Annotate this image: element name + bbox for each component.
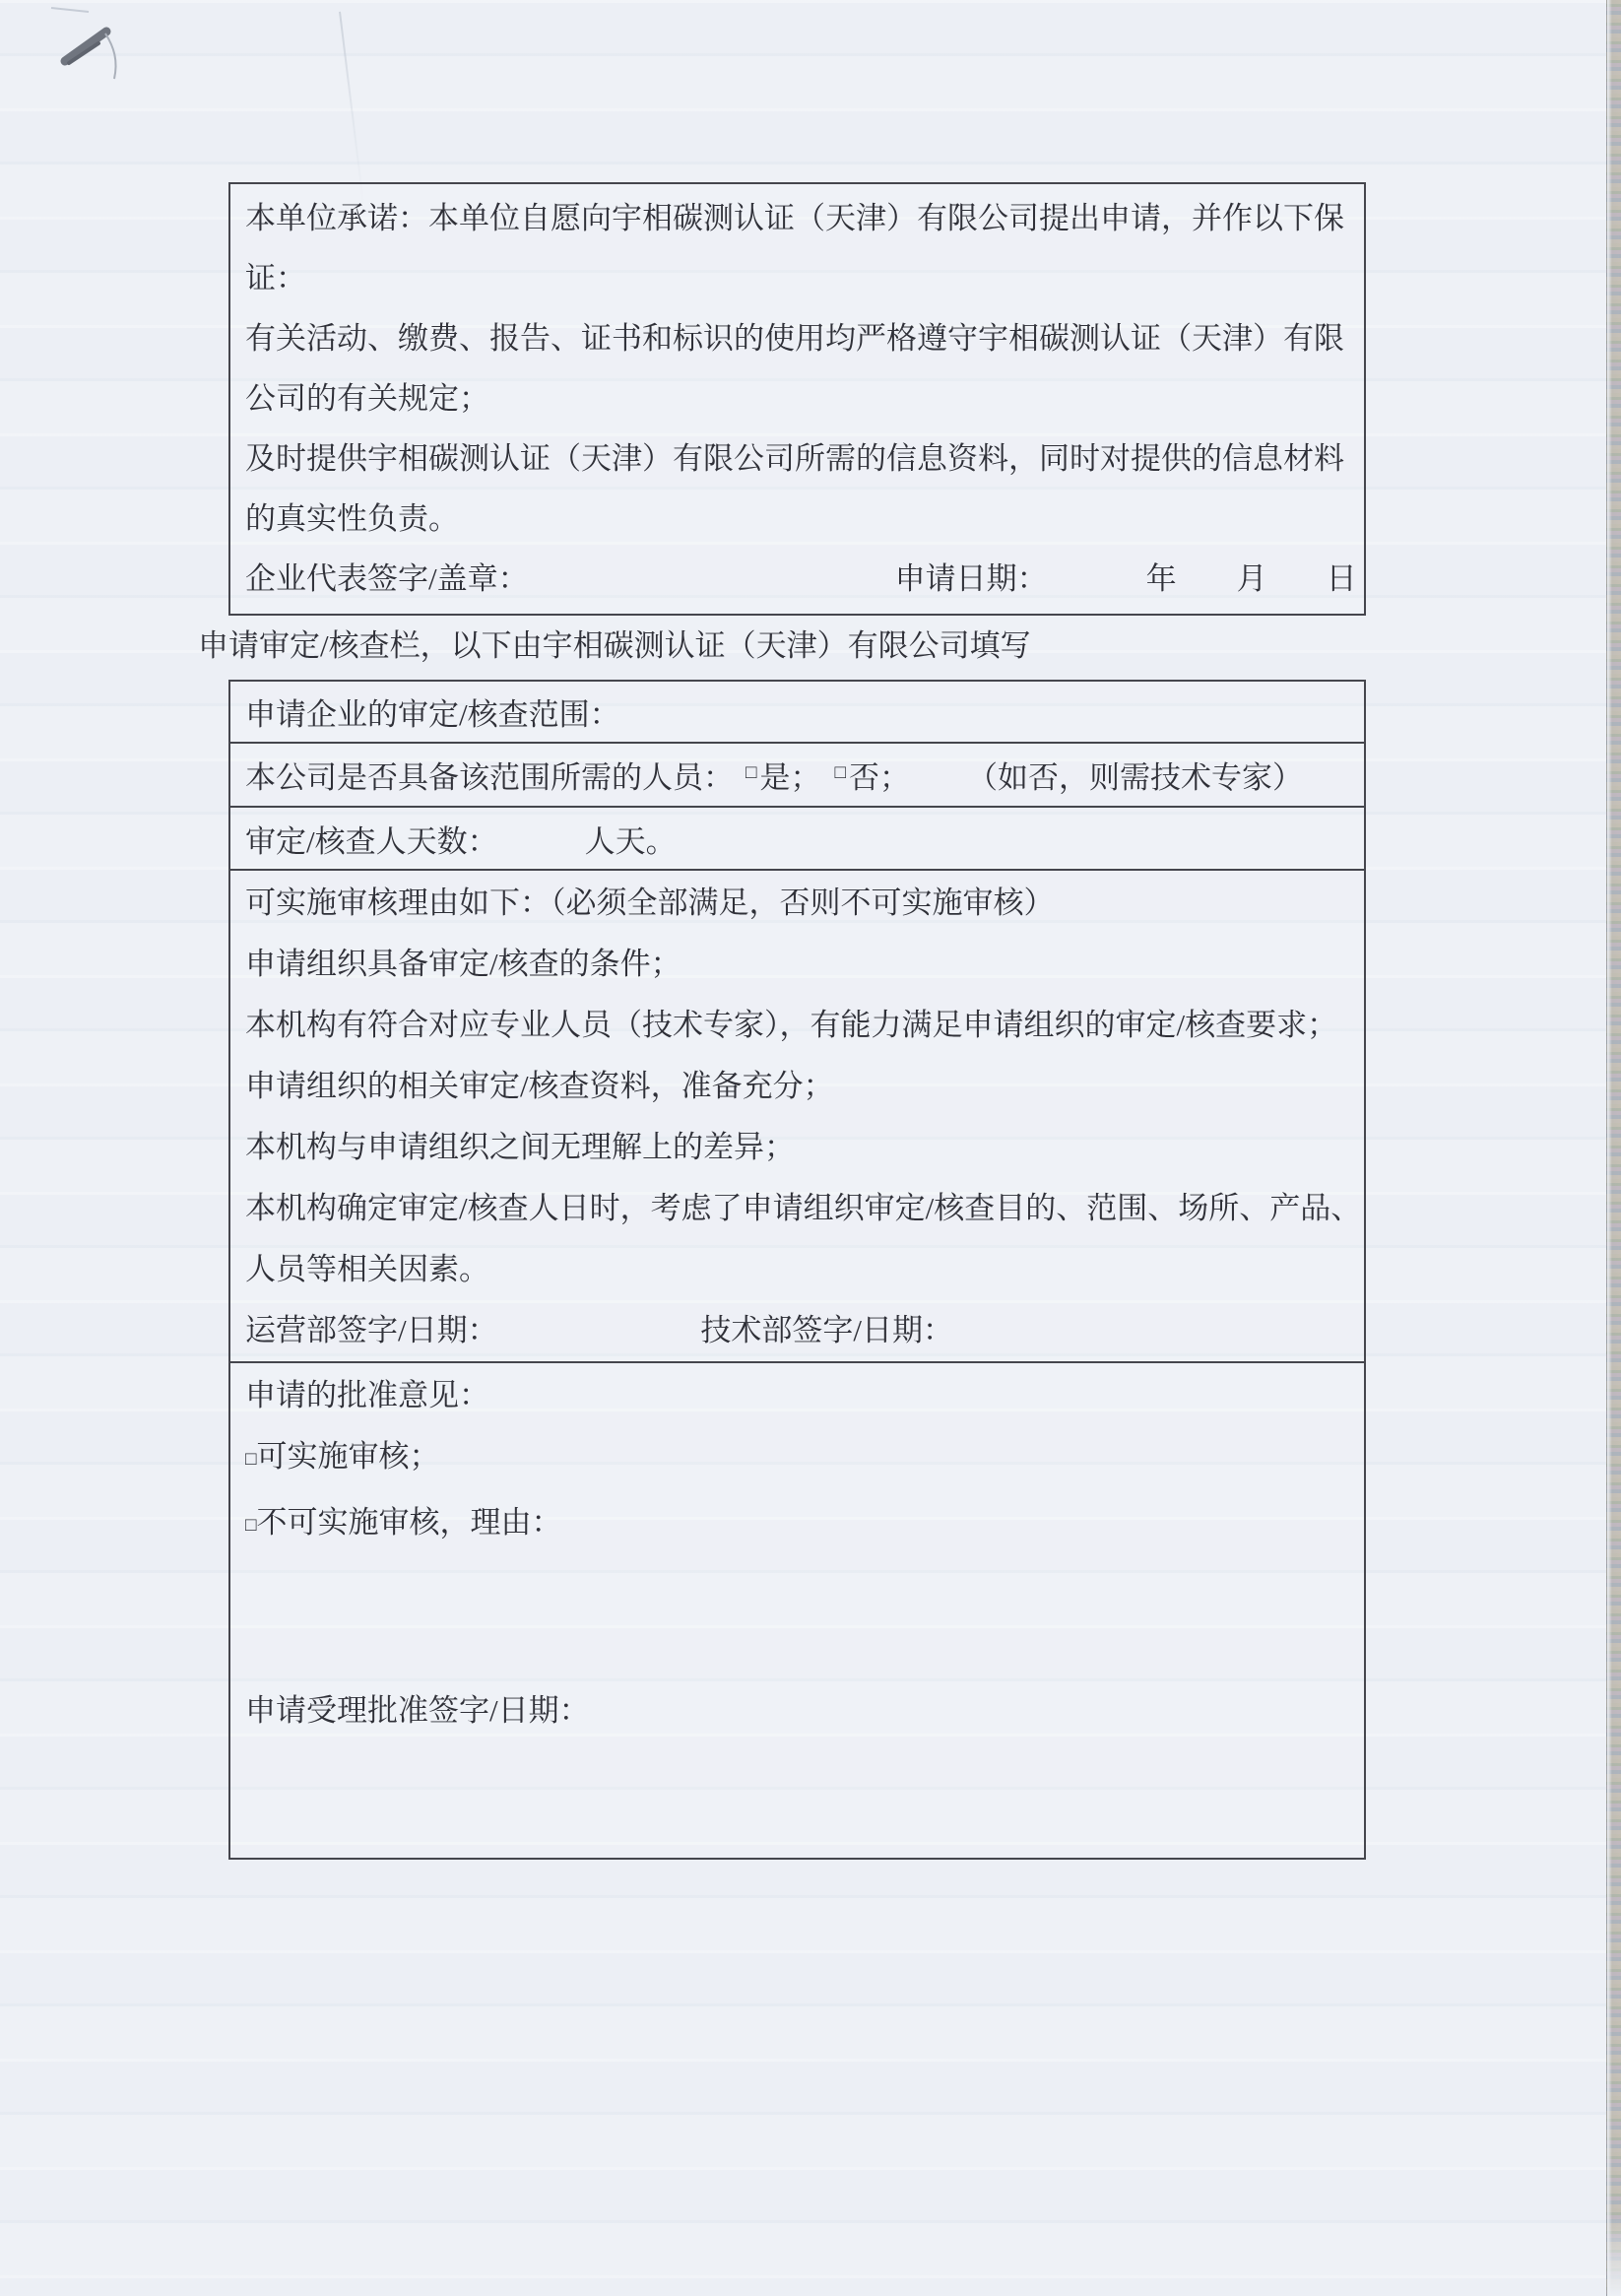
blank-space <box>245 1558 1364 1619</box>
application-date-label: 申请日期： <box>895 549 1048 609</box>
commitment-line: 本单位承诺：本单位自愿向宇相碳测认证（天津）有限公司提出申请，并作以下保 <box>245 188 1346 248</box>
checkbox-cannot-audit-icon: □ <box>245 1495 256 1556</box>
reason-line: 本机构与申请组织之间无理解上的差异； <box>245 1117 1364 1178</box>
reason-line: 本机构有符合对应专业人员（技术专家），有能力满足申请组织的审定/核查要求； <box>245 995 1364 1056</box>
personnel-option-no: 否； <box>849 753 910 797</box>
person-days-label: 审定/核查人天数： <box>245 817 498 861</box>
reason-line: 本机构确定审定/核查人日时，考虑了申请组织审定/核查目的、范围、场所、产品、 <box>245 1178 1364 1239</box>
reason-line: 可实施审核理由如下：（必须全部满足，否则不可实施审核） <box>245 873 1364 934</box>
approval-cannot-label: 不可实施审核，理由： <box>256 1505 561 1540</box>
person-days-row: 审定/核查人天数： 人天。 <box>230 808 1364 871</box>
reason-line: 申请组织的相关审定/核查资料，准备充分； <box>245 1056 1364 1117</box>
scan-edge-artifact <box>1606 0 1621 2296</box>
commitment-line: 证： <box>245 248 1346 308</box>
date-day-unit: 日 <box>1327 549 1357 609</box>
pen-scribble-icon <box>49 6 158 95</box>
review-section-caption: 申请审定/核查栏，以下由宇相碳测认证（天津）有限公司填写 <box>198 627 1031 665</box>
person-days-unit: 人天。 <box>585 817 677 861</box>
commitment-cell: 本单位承诺：本单位自愿向宇相碳测认证（天津）有限公司提出申请，并作以下保 证： … <box>230 184 1364 609</box>
approval-cell: 申请的批准意见： □可实施审核； □不可实施审核，理由： 申请受理批准签字/日期… <box>230 1363 1364 1856</box>
company-signature-label: 企业代表签字/盖章： <box>245 549 529 609</box>
blank-space <box>245 1619 1364 1680</box>
commitment-line: 及时提供宇相碳测认证（天津）有限公司所需的信息资料，同时对提供的信息材料 <box>245 428 1346 489</box>
scope-row: 申请企业的审定/核查范围： <box>230 682 1364 744</box>
personnel-note: （如否，则需技术专家） <box>967 753 1303 797</box>
approval-can-label: 可实施审核； <box>256 1439 439 1474</box>
approval-option-cannot: □不可实施审核，理由： <box>245 1492 1364 1558</box>
reason-line: 人员等相关因素。 <box>245 1239 1364 1300</box>
technical-signature-label: 技术部签字/日期： <box>700 1313 953 1347</box>
personnel-option-yes: 是； <box>759 753 820 797</box>
approval-option-can: □可实施审核； <box>245 1426 1364 1492</box>
scanned-form-page: 本单位承诺：本单位自愿向宇相碳测认证（天津）有限公司提出申请，并作以下保 证： … <box>0 0 1621 2296</box>
checkbox-no-icon: □ <box>834 762 845 784</box>
checkbox-can-audit-icon: □ <box>245 1429 256 1490</box>
company-signature-row: 企业代表签字/盖章： 申请日期： 年 月 日 <box>245 549 1346 609</box>
acceptance-signature-label: 申请受理批准签字/日期： <box>245 1680 1364 1741</box>
date-month-unit: 月 <box>1237 549 1267 609</box>
date-year-unit: 年 <box>1146 549 1177 609</box>
scope-label: 申请企业的审定/核查范围： <box>245 689 620 734</box>
commitment-line: 有关活动、缴费、报告、证书和标识的使用均严格遵守宇相碳测认证（天津）有限 <box>245 308 1346 368</box>
commitment-line: 的真实性负责。 <box>245 489 1346 549</box>
department-signature-row: 运营部签字/日期： 技术部签字/日期： <box>245 1300 1364 1361</box>
approval-title: 申请的批准意见： <box>245 1365 1364 1426</box>
operations-signature-label: 运营部签字/日期： <box>245 1313 498 1347</box>
personnel-question: 本公司是否具备该范围所需的人员： <box>245 753 734 797</box>
commitment-line: 公司的有关规定； <box>245 368 1346 428</box>
reason-line: 申请组织具备审定/核查的条件； <box>245 934 1364 995</box>
commitment-table: 本单位承诺：本单位自愿向宇相碳测认证（天津）有限公司提出申请，并作以下保 证： … <box>228 182 1366 616</box>
audit-reasons-cell: 可实施审核理由如下：（必须全部满足，否则不可实施审核） 申请组织具备审定/核查的… <box>230 871 1364 1363</box>
paper-crease <box>339 12 364 208</box>
personnel-row: 本公司是否具备该范围所需的人员： □ 是； □ 否； （如否，则需技术专家） <box>230 744 1364 808</box>
review-table: 申请企业的审定/核查范围： 本公司是否具备该范围所需的人员： □ 是； □ 否；… <box>228 680 1366 1860</box>
checkbox-yes-icon: □ <box>746 762 756 784</box>
